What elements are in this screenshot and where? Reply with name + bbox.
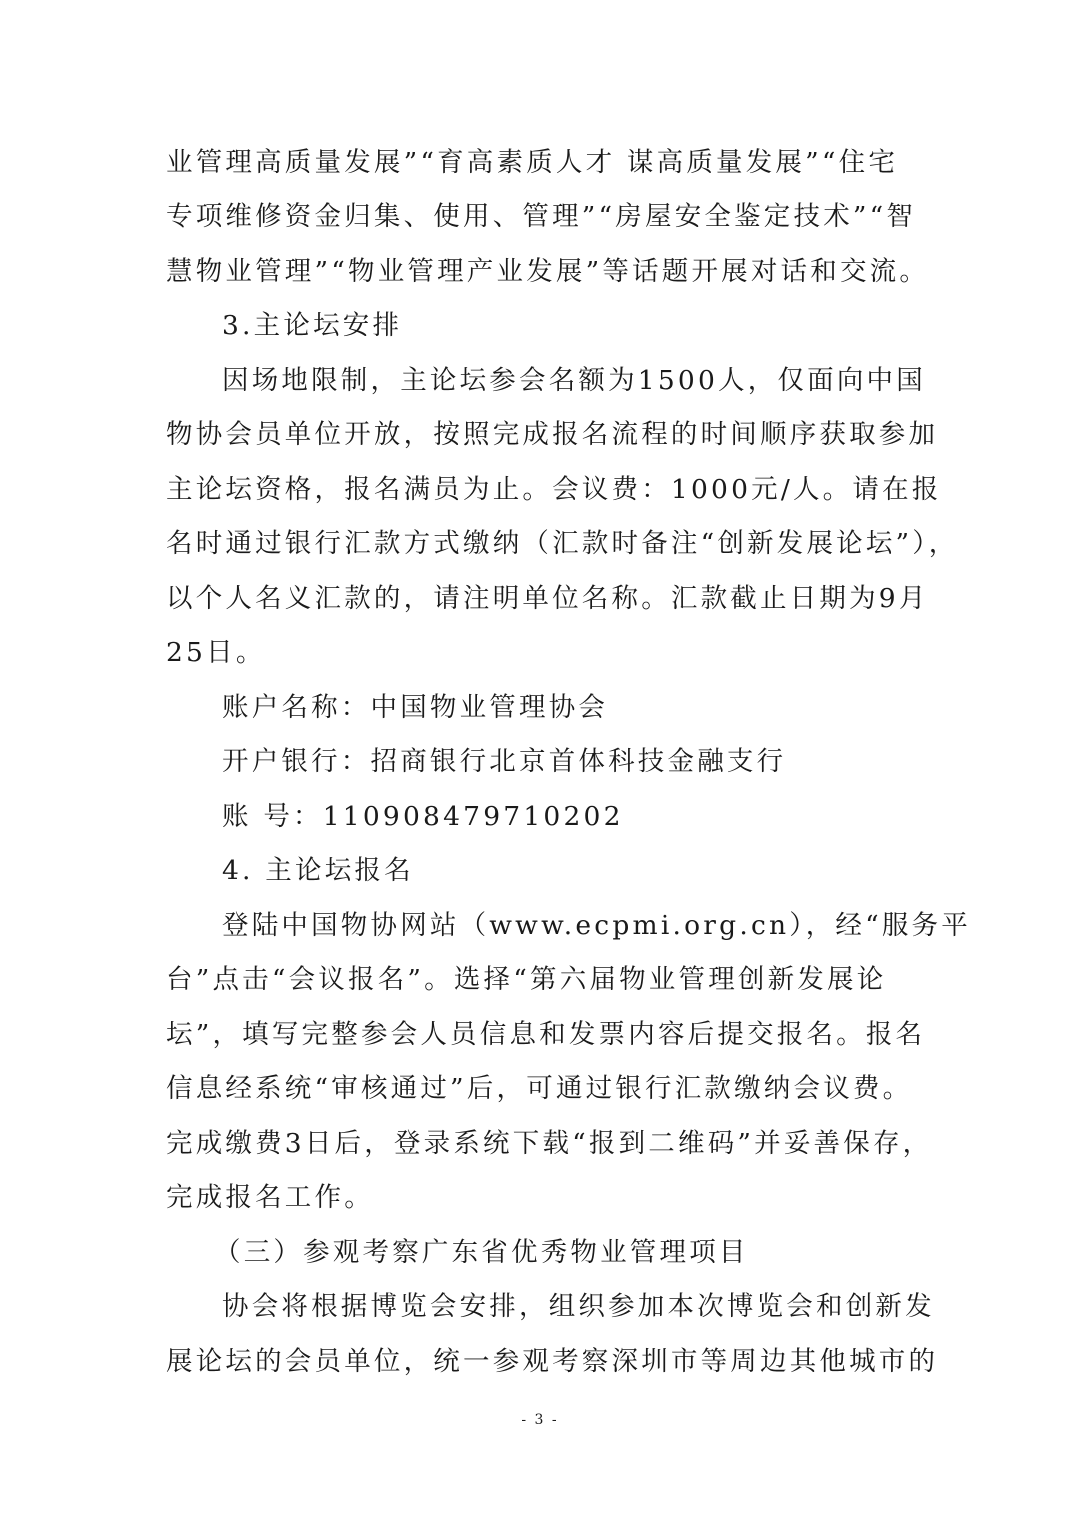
text-line: 名时通过银行汇款方式缴纳（汇款时备注“创新发展论坛”），: [166, 524, 916, 564]
text-line: 主论坛资格，报名满员为止。会议费：1000元/人。请在报: [166, 470, 916, 510]
text-line: 完成缴费3日后，登录系统下载“报到二维码”并妥善保存，: [166, 1124, 916, 1164]
text-line: 25日。: [166, 633, 916, 673]
text-line: 慧物业管理”“物业管理产业发展”等话题开展对话和交流。: [166, 252, 916, 292]
text-line: 3.主论坛安排: [222, 306, 972, 346]
text-line: 账 号：110908479710202: [222, 797, 972, 837]
text-line: 坛”，填写完整参会人员信息和发票内容后提交报名。报名: [166, 1015, 916, 1055]
text-line: 展论坛的会员单位，统一参观考察深圳市等周边其他城市的: [166, 1342, 916, 1382]
page-number: - 3 -: [0, 1412, 1080, 1428]
text-line: 物协会员单位开放，按照完成报名流程的时间顺序获取参加: [166, 415, 916, 455]
text-line: （三）参观考察广东省优秀物业管理项目: [214, 1233, 964, 1273]
text-line: 账户名称：中国物业管理协会: [222, 688, 972, 728]
document-page: 业管理高质量发展”“育高素质人才 谋高质量发展”“住宅专项维修资金归集、使用、管…: [0, 0, 1080, 1527]
text-line: 协会将根据博览会安排，组织参加本次博览会和创新发: [222, 1287, 972, 1327]
text-line: 以个人名义汇款的，请注明单位名称。汇款截止日期为9月: [166, 579, 916, 619]
text-line: 信息经系统“审核通过”后，可通过银行汇款缴纳会议费。: [166, 1069, 916, 1109]
text-line: 专项维修资金归集、使用、管理”“房屋安全鉴定技术”“智: [166, 197, 916, 237]
text-line: 4. 主论坛报名: [222, 851, 972, 891]
text-line: 完成报名工作。: [166, 1178, 916, 1218]
text-line: 登陆中国物协网站（www.ecpmi.org.cn），经“服务平: [222, 906, 972, 946]
text-line: 台”点击“会议报名”。选择“第六届物业管理创新发展论: [166, 960, 916, 1000]
text-line: 业管理高质量发展”“育高素质人才 谋高质量发展”“住宅: [166, 143, 916, 183]
text-line: 开户银行：招商银行北京首体科技金融支行: [222, 742, 972, 782]
text-line: 因场地限制，主论坛参会名额为1500人，仅面向中国: [222, 361, 972, 401]
